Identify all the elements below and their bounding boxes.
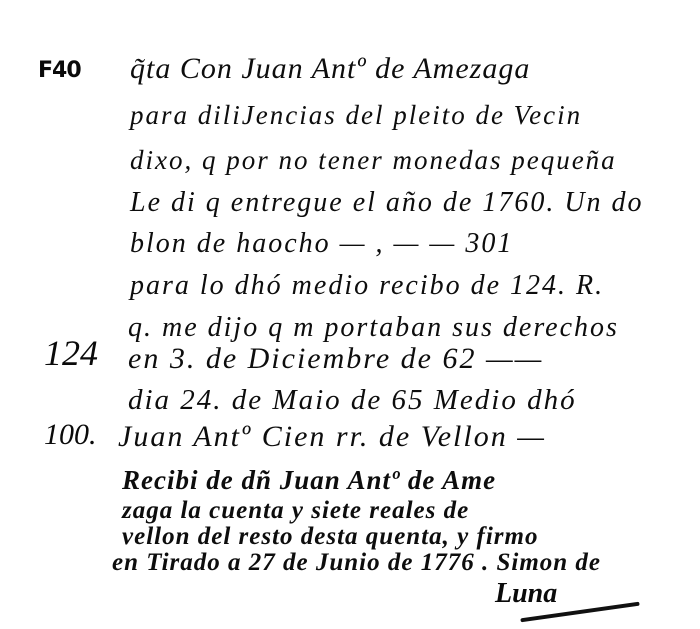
margin-amount-124: 124 [44,332,98,374]
text-line-2: para diliJencias del pleito de Vecin [130,100,582,131]
text-line-1: q̃ta Con Juan Antº de Amezaga [130,52,530,86]
receipt-line-3: vellon del resto desta quenta, y firmo [122,523,538,551]
receipt-line-4: en Tirado a 27 de Junio de 1776 . Simon … [112,549,601,577]
margin-amount-100: 100. [44,418,97,452]
text-line-6: para lo dhó medio recibo de 124. R. [130,270,604,302]
folio-label: F40 [38,58,81,83]
text-line-7: q. me dijo q m portaban sus derechos [128,312,619,344]
manuscript-page: F40 124 100. q̃ta Con Juan Antº de Ameza… [0,0,700,629]
text-line-5: blon de haocho — , — — 301 [130,228,513,260]
text-line-8: en 3. de Diciembre de 62 —— [128,342,543,376]
receipt-line-2: zaga la cuenta y siete reales de [122,497,469,525]
text-line-10: Juan Antº Cien rr. de Vellon — [118,420,546,454]
text-line-4: Le di q entregue el año de 1760. Un do [130,187,644,219]
text-line-3: dixo, q por no tener monedas pequeña [130,145,617,176]
signature: Luna [495,578,557,610]
text-line-9: dia 24. de Maio de 65 Medio dhó [128,384,577,417]
receipt-line-1: Recibi de dñ Juan Antº de Ame [122,465,496,496]
